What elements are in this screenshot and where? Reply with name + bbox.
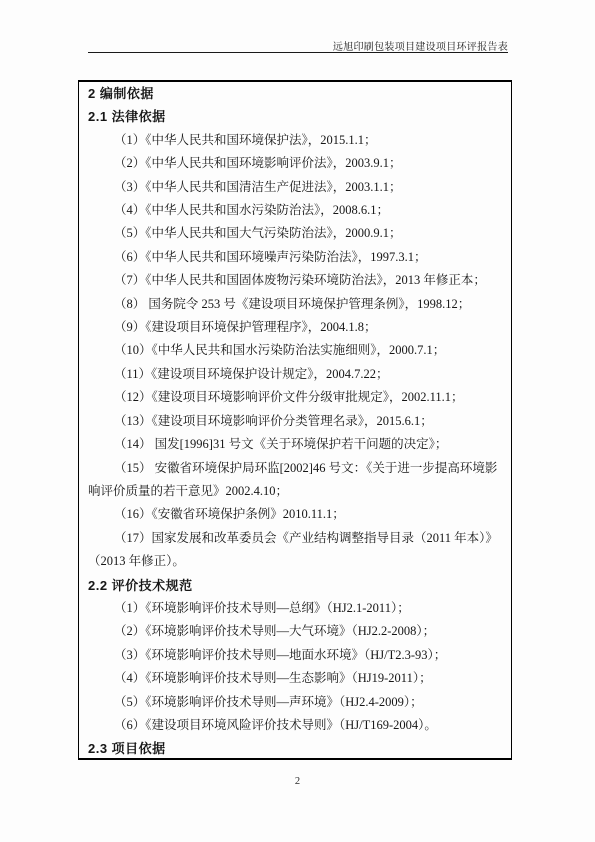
tech-item-3: （3）《环境影响评价技术导则—地面水环境》（HJ/T2.3-93）； <box>88 644 503 667</box>
legal-item-6: （6）《中华人民共和国环境噪声污染防治法》，1997.3.1； <box>88 246 503 269</box>
legal-item-12: （12）《建设项目环境影响评价文件分级审批规定》，2002.11.1； <box>88 386 503 409</box>
legal-item-5: （5）《中华人民共和国大气污染防治法》，2000.9.1； <box>88 222 503 245</box>
legal-item-9: （9）《建设项目环境保护管理程序》，2004.1.8； <box>88 316 503 339</box>
tech-item-6: （6）《建设项目环境风险评价技术导则》（HJ/T169-2004）。 <box>88 714 503 737</box>
header-title: 远旭印刷包装项目建设项目环评报告表 <box>333 38 508 53</box>
legal-item-10: （10）《中华人民共和国水污染防治法实施细则》，2000.7.1； <box>88 339 503 362</box>
legal-item-8: （8） 国务院令 253 号《建设项目环境保护管理条例》，1998.12； <box>88 293 503 316</box>
section-heading-2: 2 编制依据 <box>88 82 503 105</box>
legal-item-14: （14） 国发[1996]31 号文《关于环境保护若干问题的决定》； <box>88 433 503 456</box>
document-page: 远旭印刷包装项目建设项目环评报告表 2 编制依据 2.1 法律依据 （1）《中华… <box>0 0 595 842</box>
legal-item-4: （4）《中华人民共和国水污染防治法》，2008.6.1； <box>88 199 503 222</box>
section-heading-2-2: 2.2 评价技术规范 <box>88 574 503 597</box>
header-rule <box>88 52 508 53</box>
legal-item-15: （15） 安徽省环境保护局环监[2002]46 号文：《关于进一步提高环境影响评… <box>88 457 503 504</box>
section-heading-2-3: 2.3 项目依据 <box>88 737 503 760</box>
legal-item-13: （13）《建设项目环境影响评价分类管理名录》，2015.6.1； <box>88 410 503 433</box>
section-heading-2-1: 2.1 法律依据 <box>88 105 503 128</box>
tech-item-4: （4）《环境影响评价技术导则—生态影响》（HJ19-2011）； <box>88 667 503 690</box>
legal-item-1: （1）《中华人民共和国环境保护法》，2015.1.1； <box>88 129 503 152</box>
legal-item-2: （2）《中华人民共和国环境影响评价法》，2003.9.1； <box>88 152 503 175</box>
legal-item-16: （16）《安徽省环境保护条例》2010.11.1； <box>88 503 503 526</box>
tech-item-5: （5）《环境影响评价技术导则—声环境》（HJ2.4-2009）； <box>88 691 503 714</box>
legal-item-17: （17）国家发展和改革委员会《产业结构调整指导目录（2011 年本）》（2013… <box>88 527 503 574</box>
page-number: 2 <box>0 776 595 787</box>
legal-item-3: （3）《中华人民共和国清洁生产促进法》，2003.1.1； <box>88 176 503 199</box>
tech-item-2: （2）《环境影响评价技术导则—大气环境》（HJ2.2-2008）； <box>88 620 503 643</box>
legal-item-7: （7）《中华人民共和国固体废物污染环境防治法》，2013 年修正本； <box>88 269 503 292</box>
legal-item-11: （11）《建设项目环境保护设计规定》，2004.7.22； <box>88 363 503 386</box>
tech-item-1: （1）《环境影响评价技术导则—总纲》（HJ2.1-2011）； <box>88 597 503 620</box>
content-box: 2 编制依据 2.1 法律依据 （1）《中华人民共和国环境保护法》，2015.1… <box>78 80 512 760</box>
